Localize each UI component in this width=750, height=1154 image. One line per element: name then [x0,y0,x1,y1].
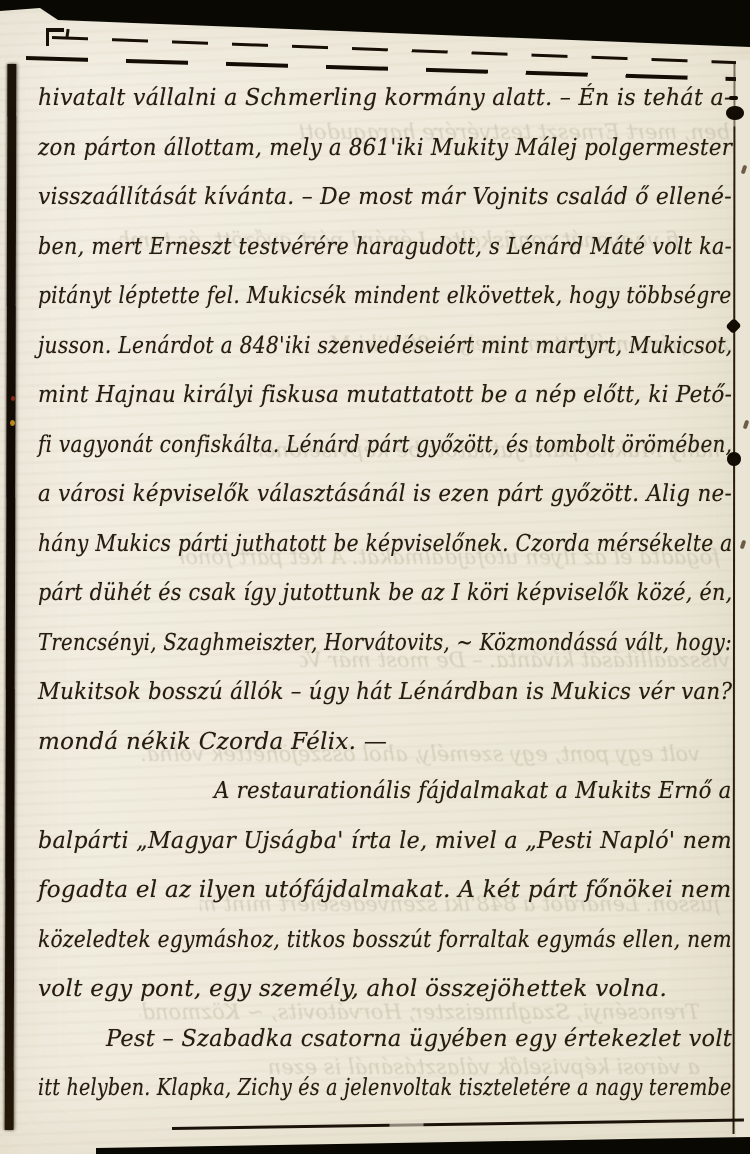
manuscript-line: visszaállítását kívánta. – De most már V… [38,173,732,223]
ink-blot [727,452,741,466]
manuscript-line: zon párton állottam, mely a 861'iki Muki… [38,124,732,174]
scanned-page: ben, mert Erneszt testvérére haragudott,… [0,0,750,1154]
manuscript-line: volt egy pont, egy személy, ahol összejö… [38,965,732,1015]
manuscript-line: közeledtek egymáshoz, titkos bosszút for… [38,916,732,966]
ink-blot [729,96,738,100]
paper-speck [10,420,15,426]
manuscript-line: fogadta el az ilyen utófájdalmakat. A ké… [38,866,732,916]
manuscript-line: pitányt léptette fel. Mukicsék mindent e… [38,272,732,322]
corner-bracket-mark [46,28,64,46]
manuscript-line: jusson. Lenárdot a 848'iki szenvedéseiér… [38,322,732,372]
manuscript-line: ben, mert Erneszt testvérére haragudott,… [38,223,732,273]
paper-speck [11,396,15,401]
manuscript-text: hivatalt vállalni a Schmerling kormány a… [38,74,732,1136]
manuscript-line: hány Mukics párti juthatott be képviselő… [38,520,732,570]
ink-blot [726,106,744,120]
manuscript-line: a városi képviselők választásánál is eze… [38,470,732,520]
manuscript-line: Trencsényi, Szaghmeiszter, Horvátovits, … [38,619,732,669]
manuscript-line-paragraph-start: A restaurationális fájdalmakat a Mukits … [38,767,732,817]
manuscript-line: Mukitsok bosszú állók – úgy hát Lénárdba… [38,668,732,718]
manuscript-line: párt dühét és csak így jutottunk be az I… [38,569,732,619]
manuscript-line: hivatalt vállalni a Schmerling kormány a… [38,74,732,124]
manuscript-line-paragraph-start: Pest – Szabadka csatorna ügyében egy ért… [38,1015,732,1065]
manuscript-line: itt helyben. Klapka, Zichy és a jelenvol… [38,1064,732,1114]
manuscript-line: mondá nékik Czorda Félix. — [38,718,732,768]
next-page-edge-strip [736,60,750,1140]
manuscript-line: mint Hajnau királyi fiskusa mutattatott … [38,371,732,421]
manuscript-line: balpárti „Magyar Ujságba' írta le, mivel… [38,817,732,867]
manuscript-line: fi vagyonát confiskálta. Lénárd párt győ… [38,421,732,471]
